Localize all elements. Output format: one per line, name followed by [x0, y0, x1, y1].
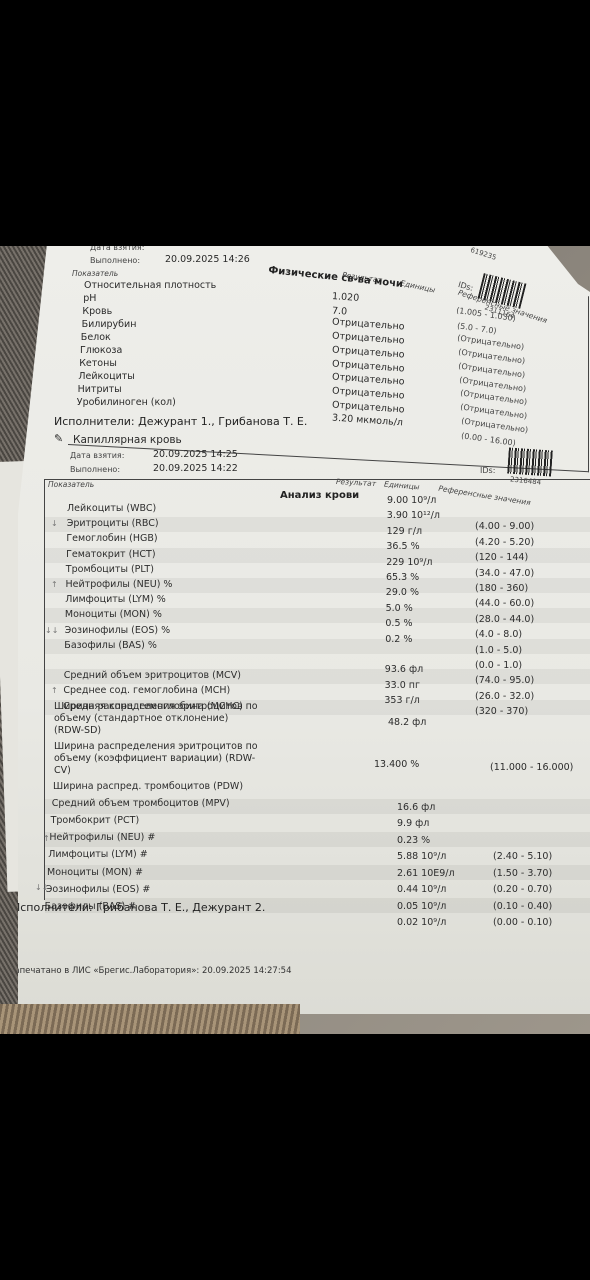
urine-performers: Исполнители: Дежурант 1., Грибанова Т. Е…	[54, 415, 307, 428]
blood-table-row: Ширина распред. тромбоцитов (PDW)	[45, 782, 590, 797]
blood-row-reference: (4.20 - 5.20)	[475, 537, 534, 548]
blood-row-result: 65.3 %	[386, 572, 419, 583]
rdw-cv-line-3: CV)	[54, 765, 258, 777]
blood-completed-label: Выполнено:	[70, 465, 120, 474]
blood-row-reference: (320 - 370)	[475, 706, 528, 717]
blood-row-name: Гематокрит (HCT)	[66, 549, 155, 560]
fabric-bottom	[0, 1004, 300, 1034]
blood-row-name: Гемоглобин (HGB)	[66, 533, 157, 544]
blood-row-name: Базофилы (BAS) %	[64, 640, 157, 651]
rdw-sd-result: 48.2 фл	[388, 717, 426, 728]
flag-indicator: ↓	[51, 519, 58, 528]
rdw-cv-line-2: объему (коэффициент вариации) (RDW-	[54, 753, 258, 765]
corner-number: 619235	[469, 246, 497, 262]
blood-row-reference: (2.40 - 5.10)	[493, 851, 552, 862]
blood-table-row: Тромбоциты (PLT)229 10⁹/л(34.0 - 47.0)	[45, 563, 590, 578]
blood-row-name: Среднее сод. гемоглобина (MCH)	[63, 685, 230, 696]
blood-table-row: Моноциты (MON) %5.0 %(28.0 - 44.0)	[45, 608, 590, 623]
blood-row-reference: (4.00 - 9.00)	[475, 521, 534, 532]
blood-row-name: Моноциты (MON) #	[47, 867, 143, 878]
blood-table-row: ↑Среднее сод. гемоглобина (MCH)33.0 пг(2…	[45, 684, 590, 699]
blood-row-result: 0.2 %	[385, 634, 412, 645]
blood-row-result: 9.00 10⁹/л	[387, 495, 436, 506]
blood-completed-value: 20.09.2025 14:22	[153, 463, 238, 474]
blood-table-row: Тромбокрит (PCT)9.9 фл	[45, 815, 590, 830]
blood-row-name: Эритроциты (RBC)	[67, 518, 159, 529]
rdw-sd-line-1: Ширина распределения эритроцитов по	[54, 701, 258, 713]
blood-row-result: 33.0 пг	[385, 680, 420, 691]
flag-indicator: ↑	[51, 686, 58, 695]
urine-row-name: Кровь	[82, 306, 112, 317]
blood-table-row: Моноциты (MON) #2.61 10E9/л(1.50 - 3.70)	[45, 865, 590, 880]
blood-row-result: 129 г/л	[387, 526, 422, 537]
document-photo: Дата взятия: Выполнено: 20.09.2025 14:26…	[0, 246, 590, 1034]
blood-performers: Исполнители: Грибанова Т. Е., Дежурант 2…	[12, 901, 265, 914]
rdw-cv-reference: (11.000 - 16.000)	[490, 762, 573, 773]
rdw-sd-line-2: объему (стандартное отклонение)	[54, 713, 258, 725]
blood-table-row: Средний объем тромбоцитов (MPV)16.6 фл	[45, 799, 590, 814]
blood-row-name: Нейтрофилы (NEU) #	[49, 832, 155, 843]
blood-row-result: 0.05 10⁹/л	[397, 901, 446, 912]
rdw-cv-result: 13.400 %	[374, 759, 419, 770]
rdw-cv-line-1: Ширина распределения эритроцитов по	[54, 741, 258, 753]
blood-row-result: 93.6 фл	[385, 664, 423, 675]
blood-row-name: Лимфоциты (LYM) %	[65, 594, 166, 605]
blood-row-result: 0.23 %	[397, 835, 430, 846]
blood-table-row: Гемоглобин (HGB)129 г/л(4.20 - 5.20)	[45, 532, 590, 547]
blood-row-name: Лимфоциты (LYM) #	[48, 849, 148, 860]
urine-completed-label: Выполнено:	[90, 256, 140, 265]
blood-table-row: Лимфоциты (LYM) %29.0 %(44.0 - 60.0)	[45, 593, 590, 608]
blood-table-row: ↓↓Эозинофилы (EOS) %0.5 %(4.0 - 8.0)	[45, 624, 590, 639]
blood-table-row: Гематокрит (HCT)36.5 %(120 - 144)	[45, 548, 590, 563]
blood-row-result: 29.0 %	[386, 587, 419, 598]
urine-row-name: Лейкоциты	[78, 371, 134, 382]
blood-row-reference: (1.50 - 3.70)	[493, 868, 552, 879]
blood-table-row: ↑Нейтрофилы (NEU) %65.3 %(180 - 360)	[45, 578, 590, 593]
blood-row-result: 353 г/л	[384, 695, 419, 706]
blood-row-name: Ширина распред. тромбоцитов (PDW)	[53, 781, 243, 792]
blood-row-reference: (120 - 144)	[475, 552, 528, 563]
blood-date-taken-value: 20.09.2025 14:25	[153, 449, 238, 460]
blood-table-row: Лейкоциты (WBC)9.00 10⁹/л	[45, 502, 590, 517]
blood-row-result: 229 10⁹/л	[386, 557, 432, 568]
urine-completed-value: 20.09.2025 14:26	[165, 254, 250, 265]
blood-table-row: Базофилы (BAS) %0.2 %(1.0 - 5.0)	[45, 639, 590, 654]
blood-row-result: 16.6 фл	[397, 802, 435, 813]
blood-row-result: 0.02 10⁹/л	[397, 917, 446, 928]
rdw-sd-line-3: (RDW-SD)	[54, 725, 258, 737]
blood-table-row: (0.0 - 1.0)	[45, 654, 590, 669]
blood-row-name: Средний объем тромбоцитов (MPV)	[52, 798, 230, 809]
urine-row-name: Нитриты	[78, 384, 122, 395]
blood-row-result: 5.0 %	[386, 603, 413, 614]
print-footer: Напечатано в ЛИС «Брегис.Лаборатория»: 2…	[8, 966, 292, 976]
blood-row-reference: (34.0 - 47.0)	[475, 568, 534, 579]
blood-table-row: Средний объем эритроцитов (MCV)93.6 фл(7…	[45, 669, 590, 684]
test-tube-icon: ✎	[54, 432, 63, 445]
flag-indicator: ↓↓	[45, 626, 58, 635]
rdw-sd-name: Ширина распределения эритроцитов по объе…	[54, 701, 258, 737]
urine-col-indicator: Показатель	[72, 269, 118, 278]
blood-table-row: 0.02 10⁹/л(0.00 - 0.10)	[45, 914, 590, 929]
lab-report-paper: Дата взятия: Выполнено: 20.09.2025 14:26…	[18, 246, 590, 1014]
blood-row-reference: (0.10 - 0.40)	[493, 901, 552, 912]
blood-row-name: Моноциты (MON) %	[65, 609, 162, 620]
blood-table-row: Лимфоциты (LYM) #5.88 10⁹/л(2.40 - 5.10)	[45, 848, 590, 863]
urine-row-name: Кетоны	[79, 358, 117, 369]
blood-row-reference: (0.00 - 0.10)	[493, 917, 552, 928]
blood-sample-type: Капиллярная кровь	[73, 434, 182, 446]
blood-section-title: Анализ крови	[280, 490, 359, 501]
blood-table-row: ↓↓Эозинофилы (EOS) #0.44 10⁹/л(0.20 - 0.…	[45, 881, 590, 896]
blood-row-name: Средний объем эритроцитов (MCV)	[64, 670, 241, 681]
urine-row-name: Уробилиноген (кол)	[77, 397, 176, 408]
flag-indicator: ↑	[51, 580, 58, 589]
blood-row-reference: (0.20 - 0.70)	[493, 884, 552, 895]
blood-row-name: Тромбокрит (PCT)	[51, 815, 140, 826]
blood-row-name: Эозинофилы (EOS) #	[46, 884, 151, 895]
urine-row-name: pH	[83, 293, 96, 304]
blood-table-row: ↓Эритроциты (RBC)3.90 10¹²/л(4.00 - 9.00…	[45, 517, 590, 532]
rdw-cv-name: Ширина распределения эритроцитов по объе…	[54, 741, 258, 777]
blood-row-result: 5.88 10⁹/л	[397, 851, 446, 862]
blood-ids-label: IDs:	[480, 466, 495, 475]
blood-row-result: 36.5 %	[386, 541, 419, 552]
blood-row-result: 0.5 %	[385, 618, 412, 629]
urine-date-taken-label: Дата взятия:	[90, 246, 144, 252]
blood-row-name: Эозинофилы (EOS) %	[65, 625, 171, 636]
blood-row-result: 2.61 10E9/л	[397, 868, 455, 879]
blood-row-result: 9.9 фл	[397, 818, 429, 829]
urine-row-name: Билирубин	[82, 319, 137, 330]
blood-row-result: 3.90 10¹²/л	[387, 510, 440, 521]
blood-row-name: Нейтрофилы (NEU) %	[66, 579, 173, 590]
blood-date-taken-label: Дата взятия:	[70, 451, 124, 460]
urine-row-result: 1.020	[332, 291, 360, 304]
blood-col-indicator: Показатель	[48, 480, 94, 489]
blood-row-name: Тромбоциты (PLT)	[66, 564, 154, 575]
blood-row-result: 0.44 10⁹/л	[397, 884, 446, 895]
urine-row-name: Относительная плотность	[84, 280, 216, 291]
urine-row-name: Глюкоза	[80, 345, 122, 356]
blood-row-name: Лейкоциты (WBC)	[67, 503, 156, 514]
urine-row-name: Белок	[81, 332, 111, 343]
blood-table-row: ↑Нейтрофилы (NEU) #0.23 %	[45, 832, 590, 847]
urine-row-result: 7.0	[332, 305, 348, 317]
blood-barcode	[507, 447, 553, 476]
